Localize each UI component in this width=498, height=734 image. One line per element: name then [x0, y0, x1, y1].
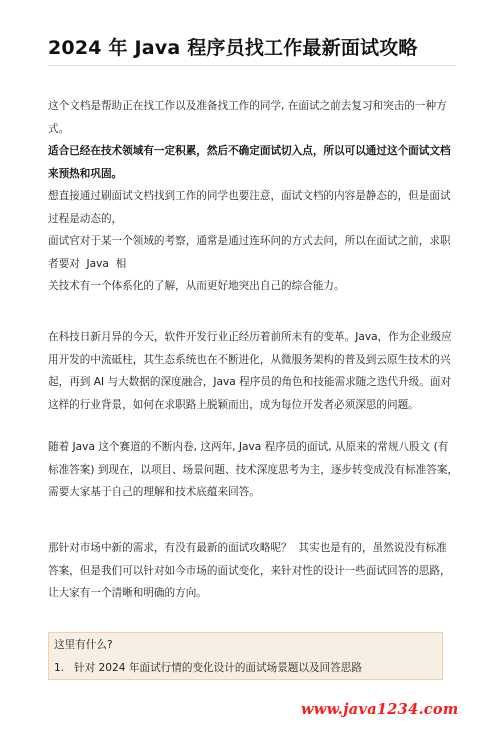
- paragraph-line: 用开发的中流砥柱，其生态系统也在不断进化，从微服务架构的普及到云原生技术的兴: [48, 349, 456, 372]
- intro-line: 关技术有一个体系化的了解，从而更好地突出自己的综合能力。: [48, 275, 456, 298]
- intro-line-bold: 来预热和巩固。: [48, 163, 456, 186]
- page-title: 2024 年 Java 程序员找工作最新面试攻略: [48, 35, 456, 61]
- watermark-text: www.java1234.com: [301, 701, 459, 718]
- paragraph-line: 标准答案) 到现在，以项目、场景问题、技术深度思考为主，逐步转变成没有标准答案，: [48, 459, 456, 482]
- paragraph-line: 让大家有一个清晰和明确的方向。: [48, 582, 456, 605]
- paragraph-line: 随着 Java 这个赛道的不断内卷, 这两年, Java 程序员的面试, 从原来…: [48, 436, 456, 459]
- paragraph-line: 在科技日新月异的今天，软件开发行业正经历着前所未有的变革。Java，作为企业级应: [48, 326, 456, 349]
- industry-paragraph: 在科技日新月异的今天，软件开发行业正经历着前所未有的变革。Java，作为企业级应…: [48, 326, 456, 416]
- intro-line: 过程是动态的，: [48, 208, 456, 231]
- intro-line-bold: 适合已经在技术领域有一定积累，然后不确定面试切入点，所以可以通过这个面试文档: [48, 140, 456, 163]
- market-needs-paragraph: 那针对市场中新的需求，有没有最新的面试攻略呢？ 其实也是有的，虽然说没有标准 答…: [48, 537, 456, 605]
- paragraph-line: 那针对市场中新的需求，有没有最新的面试攻略呢？ 其实也是有的，虽然说没有标准: [48, 537, 456, 560]
- callout-list-item: 1.针对 2024 年面试行情的变化设计的面试场景题以及回答思路: [54, 661, 362, 675]
- intro-line: 者要对 Java 相: [48, 253, 456, 276]
- callout-title: 这里有什么?: [54, 638, 113, 652]
- intro-line: 想直接通过刷面试文档找到工作的同学也要注意，面试文档的内容是静态的，但是面试: [48, 185, 456, 208]
- paragraph-line: 答案，但是我们可以针对如今市场的面试变化，来针对性的设计一些面试回答的思路，: [48, 560, 456, 583]
- list-item-number: 1.: [54, 661, 74, 675]
- intro-line: 式。: [48, 118, 456, 141]
- intro-paragraph: 这个文档是帮助正在找工作以及准备找工作的同学, 在面试之前去复习和突击的一种方 …: [48, 95, 456, 298]
- paragraph-line: 这样的行业背景，如何在求职路上脱颖而出，成为每位开发者必须深思的问题。: [48, 394, 456, 417]
- paragraph-line: 起，再到 AI 与大数据的深度融合，Java 程序员的角色和技能需求随之迭代升级…: [48, 371, 456, 394]
- intro-line: 这个文档是帮助正在找工作以及准备找工作的同学, 在面试之前去复习和突击的一种方: [48, 95, 456, 118]
- list-item-text: 针对 2024 年面试行情的变化设计的面试场景题以及回答思路: [74, 662, 362, 674]
- paragraph-line: 需要大家基于自己的理解和技术底蕴来回答。: [48, 481, 456, 504]
- interview-trend-paragraph: 随着 Java 这个赛道的不断内卷, 这两年, Java 程序员的面试, 从原来…: [48, 436, 456, 504]
- title-divider: [48, 65, 456, 66]
- intro-line: 面试官对于某一个领域的考察，通常是通过连环问的方式去问，所以在面试之前，求职: [48, 230, 456, 253]
- whats-inside-callout: 这里有什么? 1.针对 2024 年面试行情的变化设计的面试场景题以及回答思路: [48, 632, 443, 680]
